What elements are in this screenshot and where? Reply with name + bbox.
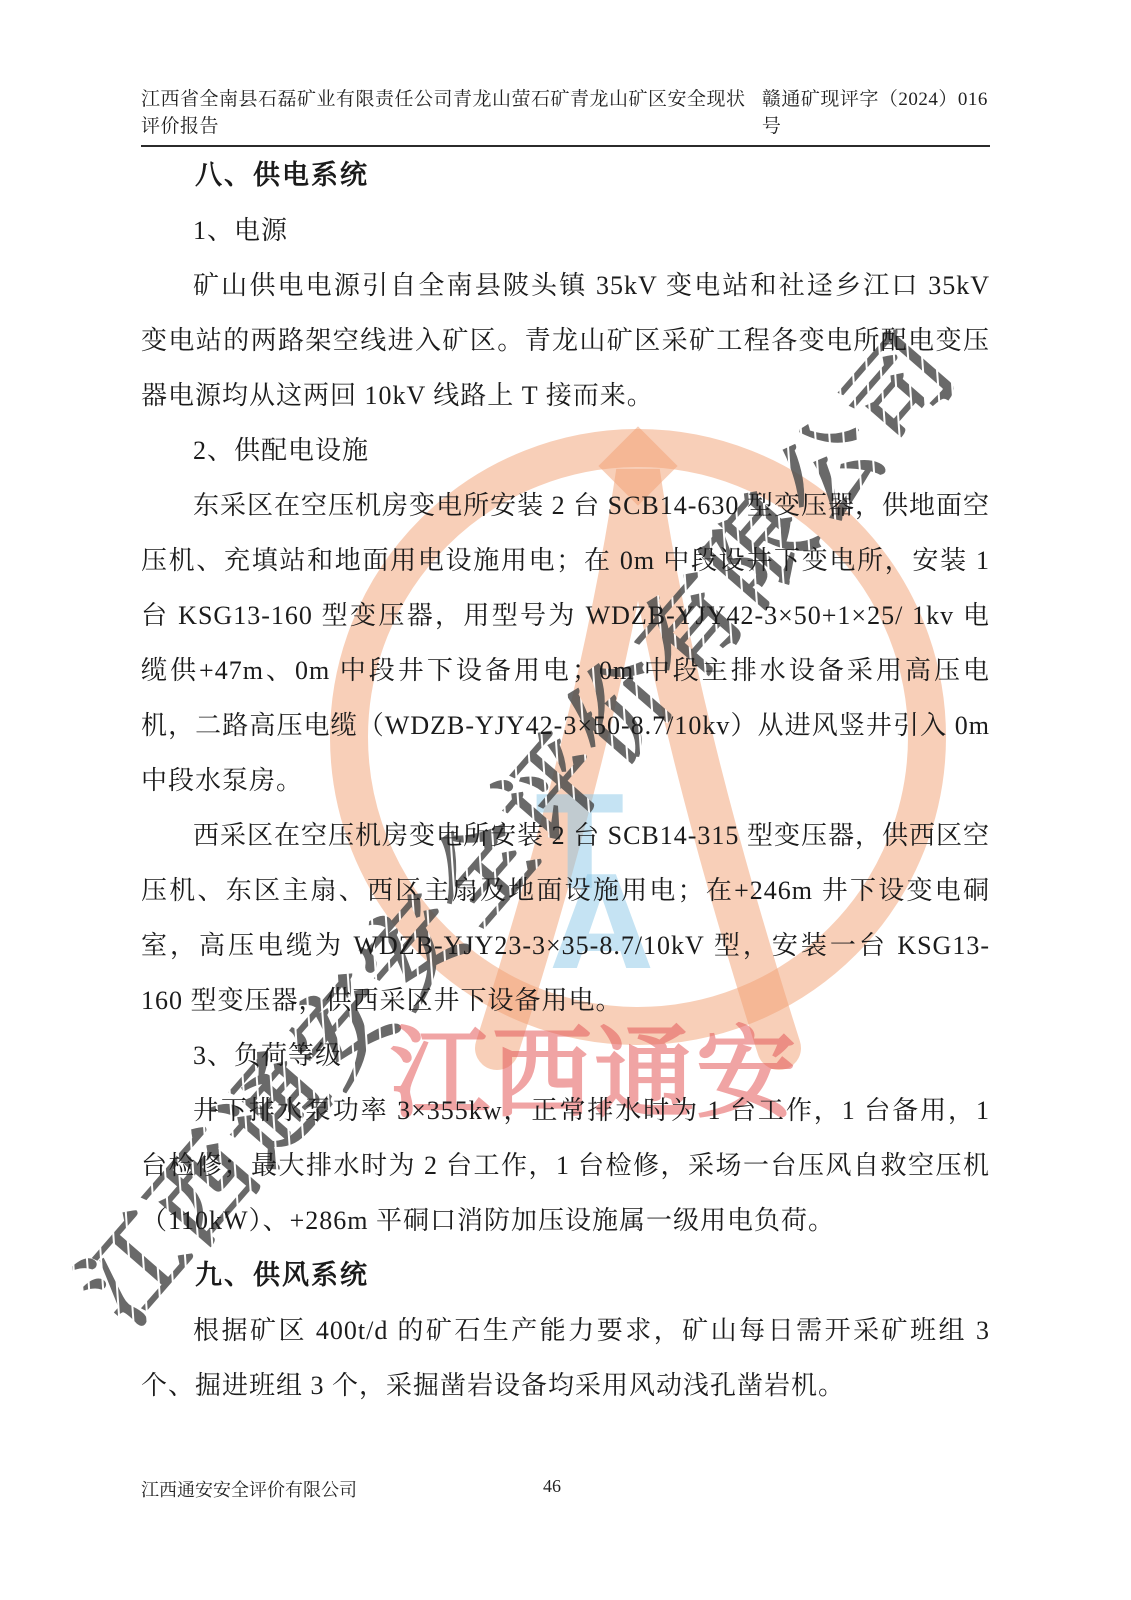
paragraph-load-level: 井下排水泵功率 3×355kw，正常排水时为 1 台工作，1 台备用，1 台检修…	[141, 1083, 990, 1248]
paragraph-east-mining-area: 东采区在空压机房变电所安装 2 台 SCB14-630 型变压器，供地面空压机、…	[141, 478, 990, 808]
header-doc-number: 赣通矿现评字（2024）016 号	[762, 84, 990, 138]
document-body: 八、供电系统 1、电源 矿山供电电源引自全南县陂头镇 35kV 变电站和社迳乡江…	[141, 148, 990, 1413]
paragraph-west-mining-area: 西采区在空压机房变电所安装 2 台 SCB14-315 型变压器，供西区空压机、…	[141, 808, 990, 1028]
header-report-title: 江西省全南县石磊矿业有限责任公司青龙山萤石矿青龙山矿区安全现状评价报告	[141, 84, 762, 138]
subheading-power-source: 1、电源	[141, 203, 990, 258]
subheading-load-level: 3、负荷等级	[141, 1028, 990, 1083]
footer-page-number: 46	[543, 1476, 561, 1497]
page-header: 江西省全南县石磊矿业有限责任公司青龙山萤石矿青龙山矿区安全现状评价报告 赣通矿现…	[141, 84, 990, 147]
subheading-distribution-facilities: 2、供配电设施	[141, 423, 990, 478]
report-page: { "header": { "title": "江西省全南县石磊矿业有限责任公司…	[0, 0, 1131, 1600]
paragraph-air-supply: 根据矿区 400t/d 的矿石生产能力要求，矿山每日需开采矿班组 3 个、掘进班…	[141, 1303, 990, 1413]
footer-company-name: 江西通安安全评价有限公司	[141, 1476, 357, 1502]
paragraph-power-source: 矿山供电电源引自全南县陂头镇 35kV 变电站和社迳乡江口 35kV 变电站的两…	[141, 258, 990, 423]
section-heading-air-supply: 九、供风系统	[141, 1248, 990, 1303]
section-heading-power-supply: 八、供电系统	[141, 148, 990, 203]
